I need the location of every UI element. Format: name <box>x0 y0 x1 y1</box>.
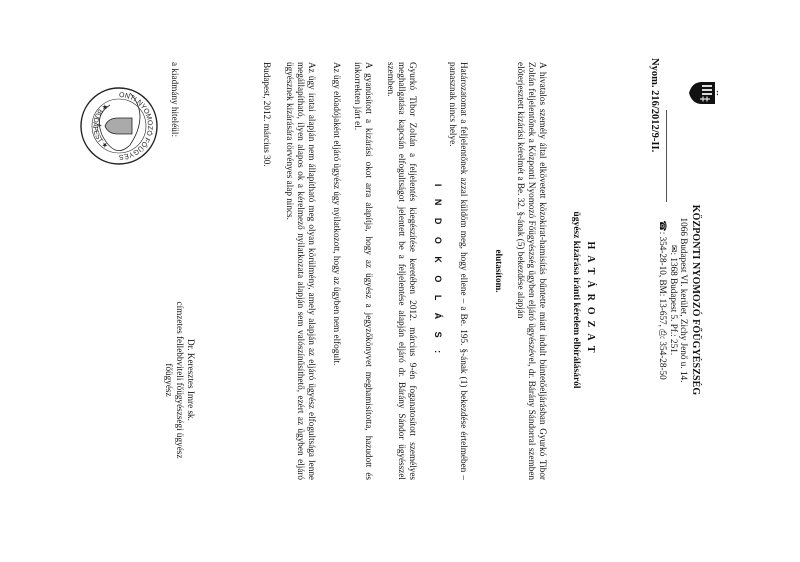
certification-note: a kiadmány hiteléül: <box>169 62 180 137</box>
contact-line: ☎: 354-28-10, BM: 13-657, ⎙: 354-28-50 <box>658 150 669 450</box>
address-line: 1066 Budapest VI. kerület, Zichy Jenő u.… <box>679 150 690 450</box>
coat-of-arms-icon <box>688 80 718 106</box>
notice-paragraph: Határozatomat a feljelentőnek azzal küld… <box>447 62 469 480</box>
postal-line: ✉: 1368 Budapest 5. Pf.: 251. <box>669 150 680 450</box>
document-title: HATÁROZAT <box>585 150 596 450</box>
place-date: Budapest, 2012. március 30. <box>261 62 272 167</box>
signature-block: Dr. Keresztes Imre sk. címzetes fellebbv… <box>163 300 196 460</box>
document-subtitle: ügyész kizárása iránti kérelem elbírálás… <box>570 150 581 450</box>
organization-name: KÖZPONTI NYOMOZÓ FŐÜGYÉSZSÉG <box>690 150 701 450</box>
reasoning-heading: I N D O K O L Á S : <box>432 62 443 480</box>
reasoning-paragraph: Gyurkó Tibor Zoltán a feljelentés kiegés… <box>385 62 418 480</box>
signatory-title: címzetes fellebbviteli főügyészségi ügyé… <box>174 300 185 460</box>
reasoning-paragraph: Az ügy előadójaként eljáró ügyész úgy ny… <box>331 62 342 480</box>
signatory-name: Dr. Keresztes Imre sk. <box>185 300 196 460</box>
letterhead: KÖZPONTI NYOMOZÓ FŐÜGYÉSZSÉG 1066 Budape… <box>658 150 700 450</box>
signatory-role: főügyész <box>163 300 174 460</box>
reasoning-paragraph: Az ügy iratai alapján nem állapítható me… <box>284 62 317 480</box>
official-stamp-icon: KÖZPONTI NYOMOZÓ FŐÜGYÉSZSÉG ★ BUDAPEST … <box>78 85 160 167</box>
document-page: Nyom. 216/2012/9-II. KÖZPONTI NYOMOZÓ FŐ… <box>0 0 800 562</box>
intro-paragraph: A hivatalos személy által elkövetett köz… <box>515 62 548 480</box>
reasoning-paragraph: A gyanúsított a kizárási okot arra alapí… <box>352 62 374 480</box>
decision: elutasítom. <box>493 62 504 480</box>
reference-number: Nyom. 216/2012/9-II. <box>649 58 660 152</box>
